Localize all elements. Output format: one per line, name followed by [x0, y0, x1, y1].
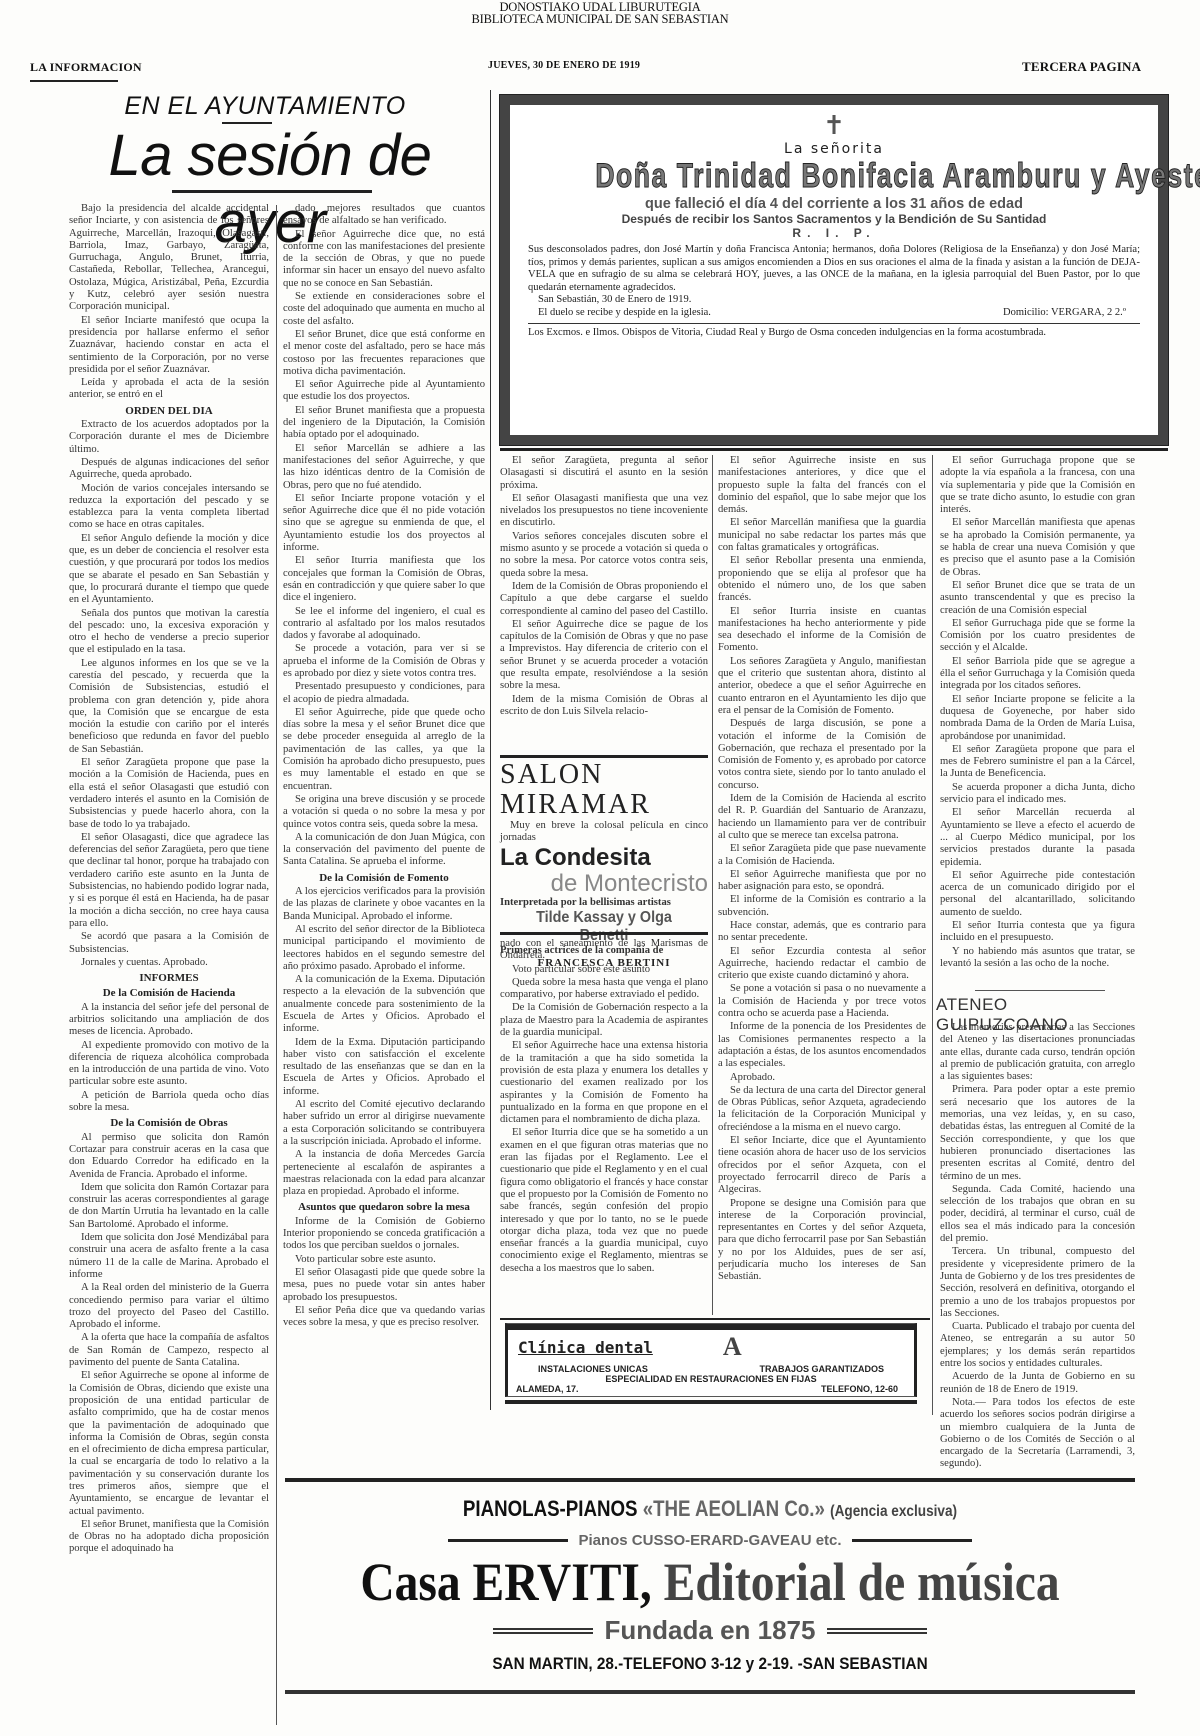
- dental-clinic-title: Clínica dental: [518, 1338, 653, 1357]
- paragraph: Se pone a votación si pasa o no nuevamen…: [718, 983, 926, 1020]
- issue-date: JUEVES, 30 DE ENERO DE 1919: [488, 60, 640, 71]
- paragraph: Y no habiendo más asuntos que tratar, se…: [940, 946, 1135, 971]
- obituary-notice: ✝ La señorita Doña Trinidad Bonifacia Ar…: [500, 95, 1168, 445]
- paragraph: nado con el saneamiento de las Marismas …: [500, 938, 708, 963]
- paragraph: A la Real orden del ministerio de la Gue…: [69, 1282, 269, 1331]
- paragraph: A los ejercicios verificados para la pro…: [283, 886, 485, 923]
- pianos-brands: Pianos CUSSO-ERARD-GAVEAU etc.: [578, 1532, 841, 1549]
- paragraph: A la comunicación de don Juan Múgica, co…: [283, 832, 485, 869]
- paragraph: A la instancia de doña Mercedes García p…: [283, 1149, 485, 1198]
- section-ornament-rule: [975, 990, 1105, 991]
- sacraments-line: Después de recibir los Santos Sacramento…: [528, 212, 1140, 226]
- paragraph: Señala dos puntos que motivan la carestí…: [69, 608, 269, 657]
- column-divider: [712, 455, 713, 1315]
- paragraph: Primera. Para poder optar a este premio …: [940, 1084, 1135, 1182]
- salon-miramar-ad: SALON MIRAMAR Muy en breve la colosal pe…: [500, 760, 708, 940]
- paragraph: Se extiende en consideraciones sobre el …: [283, 291, 485, 328]
- section-subheading: INFORMES: [69, 972, 269, 984]
- paragraph: Voto particular sobre este asunto.: [283, 1254, 485, 1266]
- paragraph: El señor Marcellán recuerda al Ayuntamie…: [940, 807, 1135, 868]
- dental-bottom-bar: [505, 1400, 917, 1404]
- column-divider: [932, 455, 933, 1415]
- paragraph: El señor Aguirreche se opone al informe …: [69, 1370, 269, 1518]
- paragraph: Segunda. Cada Comité, haciendo una selec…: [940, 1184, 1135, 1245]
- paragraph: Extracto de los acuerdos adoptados por l…: [69, 419, 269, 456]
- paragraph: El señor Aguirreche manifiesta que por n…: [718, 869, 926, 894]
- venue-name: SALON MIRAMAR: [500, 760, 708, 820]
- ad-separator: [500, 755, 708, 758]
- paragraph: El señor Aguirreche dice se pague de los…: [500, 619, 708, 693]
- obituary-indulgences: Los Excmos. e Ilmos. Obispos de Vitoria,…: [528, 323, 1140, 340]
- paragraph: Moción de varios concejales intersando s…: [69, 483, 269, 532]
- paragraph: El señor Aguirreche insiste en sus manif…: [718, 455, 926, 516]
- paragraph: El señor Rebollar presenta una enmienda,…: [718, 555, 926, 604]
- paragraph: Varios señores concejales discuten sobre…: [500, 531, 708, 580]
- paragraph: Se acordó que pasara a la Comisión de Su…: [69, 931, 269, 956]
- obituary-domicile: Domicilio: VERGARA, 2 2.º: [1003, 307, 1126, 320]
- film-interpreted: Interpretada por la bellisimas artistas: [500, 897, 708, 909]
- paragraph: El señor Zaragüeta pide que pase nuevame…: [718, 843, 926, 868]
- paragraph: El señor Brunet, dice que está conforme …: [283, 329, 485, 378]
- paragraph: El señor Marcellán manifiesa que la guar…: [718, 517, 926, 554]
- paragraph: Al expediente promovido con motivo de la…: [69, 1040, 269, 1089]
- paragraph: El señor Angulo defiende la moción y dic…: [69, 533, 269, 607]
- paragraph: A la comunicación de la Exema. Diputació…: [283, 974, 485, 1035]
- paragraph: A petición de Barriola queda ocho días s…: [69, 1090, 269, 1115]
- decorative-rule: [448, 1539, 568, 1542]
- paragraph: El señor Peña dice que va quedando varia…: [283, 1305, 485, 1330]
- paragraph: A la instancia del señor jefe del person…: [69, 1002, 269, 1039]
- paragraph: El señor Aguirreche pide contestación ac…: [940, 870, 1135, 919]
- film-intro: Muy en breve la colosal película en cinc…: [500, 820, 708, 845]
- dental-right-line: TRABAJOS GARANTIZADOS: [759, 1364, 884, 1374]
- paragraph: El señor Inciarte propone votación y el …: [283, 493, 485, 554]
- paragraph: Presentado presupuesto y condiciones, pa…: [283, 681, 485, 706]
- paragraph: Aprobado.: [718, 1072, 926, 1084]
- section-subheading: ORDEN DEL DIA: [69, 405, 269, 417]
- section-subheading: De la Comisión de Hacienda: [69, 987, 269, 999]
- article-column-4: El señor Aguirreche insiste en sus manif…: [718, 455, 926, 1315]
- ad-separator: [500, 932, 708, 935]
- ateneo-notice: Las memorias presentadas a las Secciones…: [940, 1022, 1135, 1417]
- decorative-rule: [827, 1628, 927, 1634]
- erviti-name: Casa ERVITI,: [360, 1552, 651, 1612]
- paragraph: Hace constar, además, que es contrario p…: [718, 920, 926, 945]
- paragraph: El señor Brunet manifiesta que a propues…: [283, 405, 485, 442]
- section-subheading: De la Comisión de Fomento: [283, 872, 485, 884]
- paragraph: Se origina una breve discusión y se proc…: [283, 794, 485, 831]
- paragraph: Las memorias presentadas a las Secciones…: [940, 1022, 1135, 1083]
- obituary-duelo: El duelo se recibe y despide en la igles…: [538, 307, 711, 320]
- paragraph: Después de larga discusión, se pone a vo…: [718, 718, 926, 792]
- article-column-1: Bajo la presidencia del alcalde accident…: [69, 203, 269, 1733]
- ad-separator: [500, 1318, 930, 1320]
- paragraph: Al escrito del señor director de la Bibl…: [283, 924, 485, 973]
- paragraph: Lee algunos informes en los que se ve la…: [69, 658, 269, 756]
- paragraph: A la oferta que hace la compañía de asfa…: [69, 1332, 269, 1369]
- paragraph: Informe de la Comisión de Gobierno Inter…: [283, 1216, 485, 1253]
- founded-label: Fundada en 1875: [605, 1615, 816, 1646]
- column-divider: [276, 205, 277, 1725]
- decorative-rule: [852, 1539, 972, 1542]
- library-name-spanish: BIBLIOTECA MUNICIPAL DE SAN SEBASTIAN: [0, 13, 1200, 25]
- masthead-rule: [30, 80, 118, 82]
- paragraph: Se da lectura de una carta del Director …: [718, 1085, 926, 1134]
- rip-label: R. I. P.: [528, 226, 1140, 240]
- paragraph: El señor Inciarte manifestó que ocupa la…: [69, 315, 269, 376]
- paragraph: Los señores Zaragüeta y Angulo, manifies…: [718, 656, 926, 717]
- article-column-2: dado mejores resultados que cuantos ensa…: [283, 203, 485, 1413]
- dental-phone: TELEFONO, 12-60: [821, 1384, 898, 1394]
- paragraph: Leída y aprobada el acta de la sesión an…: [69, 377, 269, 402]
- paragraph: El informe de la Comisión es contrario a…: [718, 894, 926, 919]
- paragraph: Al escrito del Comité ejecutivo declaran…: [283, 1099, 485, 1148]
- paragraph: El señor Aguirreche, pide que quede ocho…: [283, 707, 485, 793]
- paragraph: Después de algunas indicaciones del seño…: [69, 457, 269, 482]
- paragraph: dado mejores resultados que cuantos ensa…: [283, 203, 485, 228]
- paragraph: Idem que solicita don Ramón Cortazar par…: [69, 1182, 269, 1231]
- decorative-rule: [493, 1628, 593, 1634]
- library-header: DONOSTIAKO UDAL LIBURUTEGIA BIBLIOTECA M…: [0, 1, 1200, 25]
- paragraph: De la Comisión de Gobernación respecto a…: [500, 1002, 708, 1039]
- aeolian-label: «THE AEOLIAN Co.»: [643, 1496, 825, 1521]
- paragraph: El señor Marcellán manifiesta que apenas…: [940, 517, 1135, 578]
- paragraph: Nota.— Para todos los efectos de este ac…: [940, 1397, 1135, 1471]
- dental-address: ALAMEDA, 17.: [516, 1384, 579, 1394]
- article-column-3-top: El señor Zaragüeta, pregunta al señor Ol…: [500, 455, 708, 750]
- obituary-body: Sus desconsolados padres, don José Martí…: [528, 244, 1140, 294]
- paragraph: El señor Marcellán se adhiere a las mani…: [283, 443, 485, 492]
- paragraph: Idem de la misma Comisión de Obras al es…: [500, 694, 708, 719]
- erviti-bottom-rule: [285, 1690, 1135, 1694]
- paragraph: Idem de la Comisión de Hacienda al escri…: [718, 793, 926, 842]
- article-column-3-bottom: nado con el saneamiento de las Marismas …: [500, 938, 708, 1308]
- paragraph: Acuerdo de la Junta de Gobierno en su re…: [940, 1371, 1135, 1396]
- erviti-address: SAN MARTIN, 28.-TELEFONO 3-12 y 2-19. -S…: [328, 1654, 1093, 1674]
- paragraph: El señor Inciarte propone se felicite a …: [940, 694, 1135, 743]
- paragraph: Jornales y cuentas. Aprobado.: [69, 957, 269, 969]
- column-divider: [490, 90, 491, 1410]
- paragraph: El señor Olasagasti manifiesta que una v…: [500, 493, 708, 530]
- cross-icon: ✝: [528, 111, 1140, 141]
- headline-double-rule: [172, 190, 372, 193]
- paragraph: El señor Aguirreche pide al Ayuntamiento…: [283, 379, 485, 404]
- paragraph: Bajo la presidencia del alcalde accident…: [69, 203, 269, 314]
- erviti-editorial: Editorial de música: [664, 1552, 1060, 1612]
- paragraph: Voto particular sobre este asunto: [500, 964, 708, 976]
- paragraph: Informe de la ponencia de los Presidente…: [718, 1021, 926, 1070]
- article-kicker: EN EL AYUNTAMIENTO: [60, 92, 470, 121]
- paragraph: El señor Iturria contesta que ya figura …: [940, 920, 1135, 945]
- paragraph: El señor Iturria manifiesta que los conc…: [283, 555, 485, 604]
- paragraph: Se lee el informe del ingeniero, el cual…: [283, 606, 485, 643]
- paragraph: Se acuerda proponer a dicha Junta, dicho…: [940, 782, 1135, 807]
- erviti-music-ad: PIANOLAS-PIANOS «THE AEOLIAN Co.» (Agenc…: [285, 1482, 1135, 1682]
- paragraph: El señor Barriola pide que se agregue a …: [940, 656, 1135, 693]
- paper-name: LA INFORMACION: [30, 60, 142, 75]
- paragraph: Tercera. Un tribunal, compuesto del pres…: [940, 1246, 1135, 1320]
- agency-label: (Agencia exclusiva): [830, 1503, 957, 1520]
- dental-specialty: ESPECIALIDAD EN RESTAURACIONES EN FIJAS: [508, 1374, 914, 1384]
- obituary-place-date: San Sebastián, 30 de Enero de 1919.: [538, 294, 1140, 307]
- paragraph: El señor Zaragüeta, pregunta al señor Ol…: [500, 455, 708, 492]
- obituary-title: La señorita: [528, 141, 1140, 157]
- paragraph: El señor Iturria insiste en cuantas mani…: [718, 606, 926, 655]
- dental-clinic-name: A: [723, 1332, 742, 1362]
- paragraph: El señor Inciarte, dice que el Ayuntamie…: [718, 1135, 926, 1196]
- death-date-line: que falleció el día 4 del corriente a lo…: [528, 196, 1140, 212]
- paragraph: El señor Ezcurdia contesta al señor Agui…: [718, 946, 926, 983]
- paragraph: El señor Aguirreche dice que, no está co…: [283, 229, 485, 290]
- paragraph: El señor Gurruchaga pide que se forme la…: [940, 618, 1135, 655]
- film-title-line1: La Condesita: [500, 845, 708, 871]
- article-column-5: El señor Gurruchaga propone que se adopt…: [940, 455, 1135, 860]
- paragraph: El señor Zaragüeta propone que para el m…: [940, 744, 1135, 781]
- paragraph: Idem de la Exma. Diputación participando…: [283, 1037, 485, 1098]
- dental-left-line: INSTALACIONES UNICAS: [538, 1364, 648, 1374]
- dental-clinic-ad: Clínica dental A INSTALACIONES UNICAS TR…: [505, 1323, 917, 1397]
- paragraph: Al permiso que solicita don Ramón Cortaz…: [69, 1132, 269, 1181]
- deceased-name: Doña Trinidad Bonifacia Aramburu y Ayest…: [595, 157, 1072, 196]
- paragraph: Propone se designe una Comisión para que…: [718, 1198, 926, 1284]
- paragraph: El señor Olasagasti, dice que agradece l…: [69, 832, 269, 930]
- paragraph: Cuarta. Publicado el trabajo por cuenta …: [940, 1321, 1135, 1370]
- paragraph: El señor Iturria dice que se ha sometido…: [500, 1127, 708, 1275]
- paragraph: Se procede a votación, para ver si se ap…: [283, 643, 485, 680]
- paragraph: El señor Brunet dice que se trata de un …: [940, 580, 1135, 617]
- paragraph: El señor Brunet, manifiesta que la Comis…: [69, 1519, 269, 1556]
- paragraph: El señor Aguirreche hace una extensa his…: [500, 1040, 708, 1126]
- paragraph: Queda sobre la mesa hasta que venga el p…: [500, 977, 708, 1002]
- section-subheading: Asuntos que quedaron sobre la mesa: [283, 1201, 485, 1213]
- paragraph: El señor Gurruchaga propone que se adopt…: [940, 455, 1135, 516]
- pianolas-label: PIANOLAS-PIANOS: [463, 1496, 638, 1521]
- obituary-bottom-rule: [500, 448, 1168, 451]
- paragraph: El señor Zaragüeta propone que pase la m…: [69, 757, 269, 831]
- film-title-line2: de Montecristo: [500, 871, 708, 897]
- paragraph: Idem que solicita don José Mendizábal pa…: [69, 1232, 269, 1281]
- page-label: TERCERA PAGINA: [1022, 59, 1141, 75]
- section-subheading: De la Comisión de Obras: [69, 1117, 269, 1129]
- paragraph: Idem de la Comisión de Obras proponiendo…: [500, 581, 708, 618]
- paragraph: El señor Olasagasti pide que quede sobre…: [283, 1267, 485, 1304]
